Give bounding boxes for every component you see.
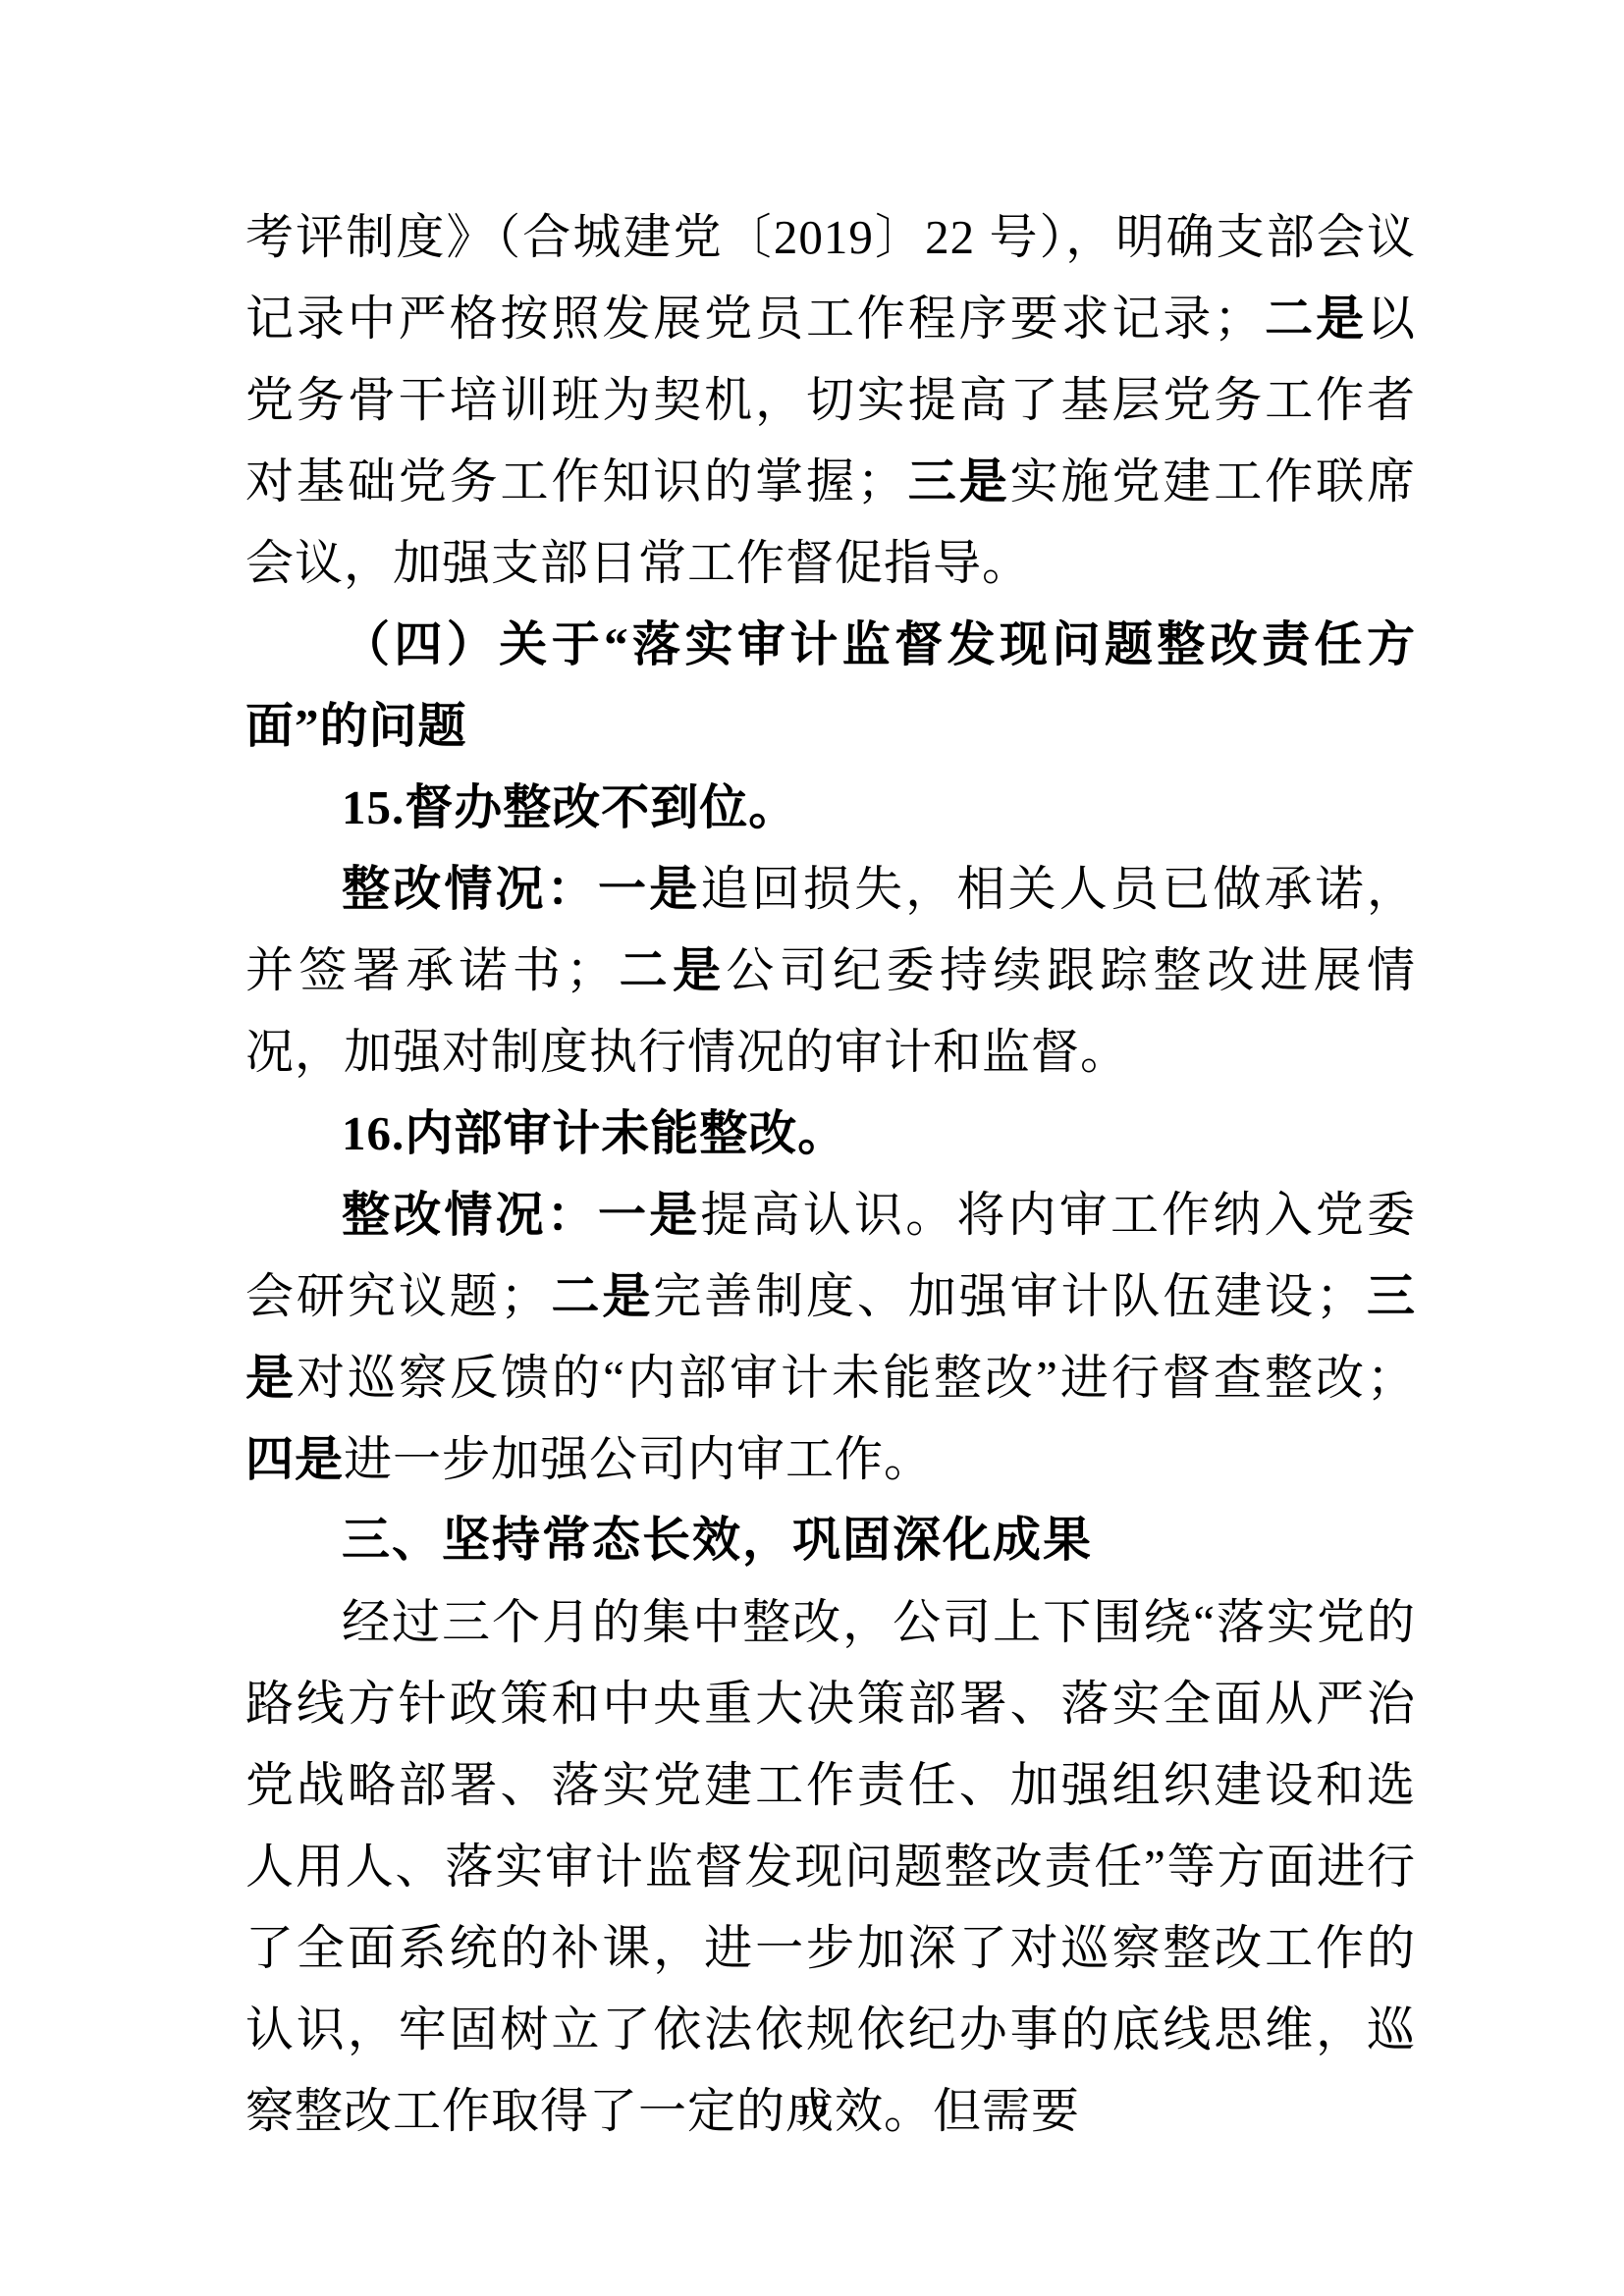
- bold-text-run: 三、坚持常态长效，巩固深化成果: [342, 1514, 1093, 1567]
- text-run: 对巡察反馈的“内部审计未能整改”进行督查整改；: [297, 1351, 1416, 1405]
- bold-text-run: 三是: [906, 454, 1010, 508]
- heading-section-three: 三、坚持常态长效，巩固深化成果: [245, 1500, 1416, 1581]
- item-16-heading: 16.内部审计未能整改。: [245, 1093, 1416, 1174]
- bold-text-run: 二是: [1263, 292, 1367, 346]
- text-run: 完善制度、加强审计队伍建设；: [653, 1269, 1365, 1323]
- item-16-rectification: 整改情况：一是提高认识。将内审工作纳入党委会研究议题；二是完善制度、加强审计队伍…: [245, 1174, 1416, 1500]
- bold-text-run: 16.内部审计未能整改。: [342, 1106, 846, 1160]
- bold-text-run: 15.督办整改不到位。: [342, 780, 797, 834]
- bold-text-run: 二是: [550, 1269, 654, 1323]
- item-15-heading: 15.督办整改不到位。: [245, 767, 1416, 848]
- bold-text-run: 二是: [615, 943, 726, 997]
- bold-text-run: 整改情况：: [342, 1188, 598, 1242]
- bold-text-run: 整改情况：: [342, 862, 598, 916]
- text-run: 经过三个月的集中整改，公司上下围绕“落实党的路线方针政策和中央重大决策部署、落实…: [245, 1595, 1416, 2138]
- heading-section-four: （四）关于“落实审计监督发现问题整改责任方面”的问题: [245, 604, 1416, 767]
- item-15-rectification: 整改情况：一是追回损失，相关人员已做承诺，并签署承诺书；二是公司纪委持续跟踪整改…: [245, 848, 1416, 1093]
- bold-text-run: （四）关于“落实审计监督发现问题整改责任方面”的问题: [245, 617, 1416, 753]
- document-page: 考评制度》（合城建党〔2019〕22 号），明确支部会议记录中严格按照发展党员工…: [0, 0, 1624, 2296]
- continuation-paragraph: 考评制度》（合城建党〔2019〕22 号），明确支部会议记录中严格按照发展党员工…: [245, 196, 1416, 604]
- bold-text-run: 一是: [598, 1188, 700, 1242]
- document-body: 考评制度》（合城建党〔2019〕22 号），明确支部会议记录中严格按照发展党员工…: [245, 196, 1416, 2152]
- bold-text-run: 一是: [598, 862, 700, 916]
- text-run: 进一步加强公司内审工作。: [344, 1432, 933, 1486]
- closing-paragraph: 经过三个月的集中整改，公司上下围绕“落实党的路线方针政策和中央重大决策部署、落实…: [245, 1581, 1416, 2152]
- page-number: 18: [0, 2087, 1624, 2126]
- bold-text-run: 四是: [245, 1432, 344, 1486]
- text-run: 考评制度》（合城建党〔2019〕22 号），明确支部会议记录中严格按照发展党员工…: [245, 210, 1416, 346]
